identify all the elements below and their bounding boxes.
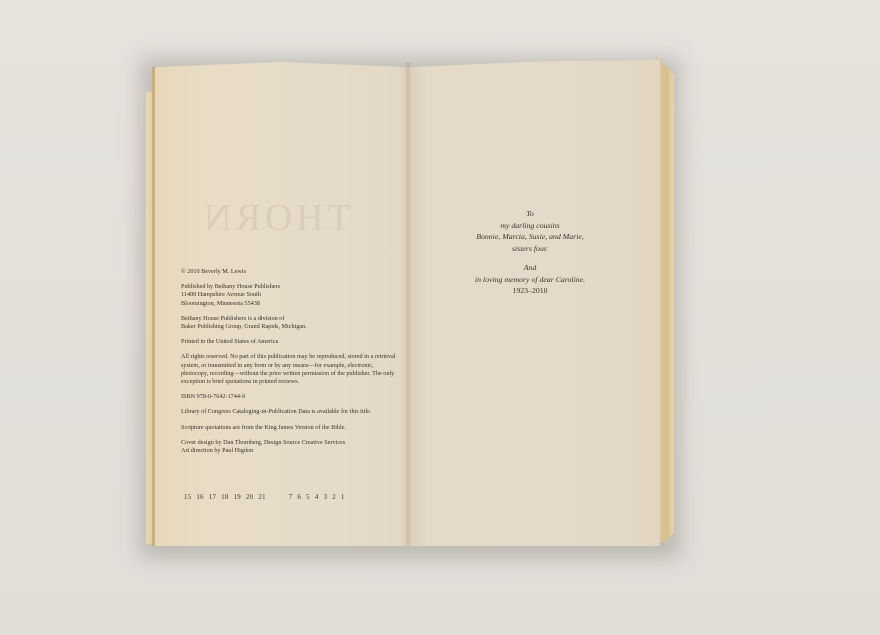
publisher-address: Published by Bethany House Publishers 11… <box>181 283 401 308</box>
memorial-years: 1923–2010 <box>460 285 600 297</box>
rights-reserved: All rights reserved. No part of this pub… <box>181 353 401 386</box>
cover-credits: Cover design by Dan Thornberg, Design So… <box>181 439 401 455</box>
loc-data: Library of Congress Cataloging-in-Public… <box>181 408 401 416</box>
copyright-notice: © 2010 Beverly M. Lewis <box>181 268 401 276</box>
print-line: 15 16 17 18 19 20 21 7 6 5 4 3 2 1 <box>184 494 345 501</box>
scripture-note: Scripture quotations are from the King J… <box>181 424 401 432</box>
publisher-division: Bethany House Publishers is a division o… <box>181 315 401 331</box>
copyright-block: © 2010 Beverly M. Lewis Published by Bet… <box>181 268 401 462</box>
dedication-line: Bonnie, Marcia, Susie, and Marie, <box>460 231 600 243</box>
print-impressions: 7 6 5 4 3 2 1 <box>289 494 345 501</box>
print-years: 15 16 17 18 19 20 21 <box>184 494 266 501</box>
photo-scene: THORN © 2010 Beverly M. Lewis Published … <box>0 0 880 635</box>
dedication-line: And <box>460 262 600 274</box>
dedication-gap <box>460 254 600 262</box>
dedication-line: sisters four. <box>460 243 600 255</box>
dedication-line: in loving memory of dear Caroline. <box>460 274 600 286</box>
book-gutter <box>404 62 412 546</box>
show-through-title: THORN <box>200 196 351 240</box>
isbn: ISBN 978-0-7642-1744-9 <box>181 393 401 401</box>
dedication-page <box>408 60 660 546</box>
dedication-line: To <box>460 208 600 220</box>
dedication: To my darling cousins Bonnie, Marcia, Su… <box>460 208 600 297</box>
printed-in: Printed in the United States of America <box>181 338 401 346</box>
dedication-line: my darling cousins <box>460 220 600 232</box>
